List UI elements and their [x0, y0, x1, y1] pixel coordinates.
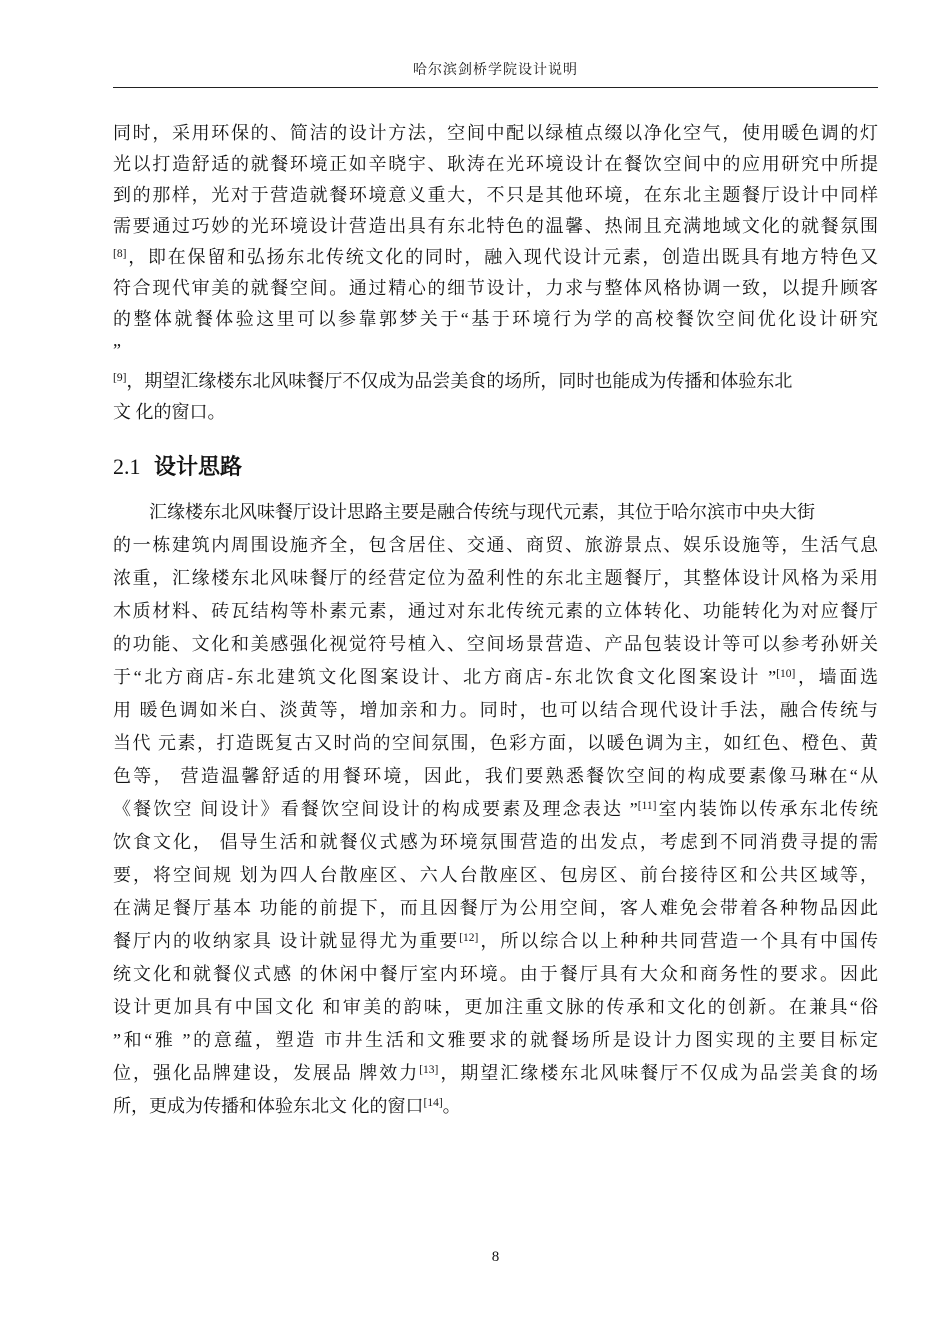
paragraph-design-approach: 汇缘楼东北风味餐厅设计思路主要是融合传统与现代元素，其位于哈尔滨市中央大街的一栋…	[113, 496, 878, 1123]
section-heading: 2.1 设计思路	[113, 450, 878, 484]
text-line: 的功能、文化和美感强化视觉符号植入、空间场景营造、产品包装设计等可以参考孙妍关	[113, 628, 878, 661]
text-line: [8]，即在保留和弘扬东北传统文化的同时，融入现代设计元素，创造出既具有地方特色…	[113, 242, 878, 273]
text-line: 浓重，汇缘楼东北风味餐厅的经营定位为盈利性的东北主题餐厅，其整体设计风格为采用	[113, 562, 878, 595]
text-line: ”和“雅 ”的意蕴，塑造 市井生活和文雅要求的就餐场所是设计力图实现的主要目标定	[113, 1024, 878, 1057]
document-page: 哈尔滨剑桥学院设计说明 同时，采用环保的、简洁的设计方法，空间中配以绿植点缀以净…	[0, 0, 950, 1344]
citation-ref: [12]	[459, 932, 478, 944]
citation-ref: [14]	[424, 1097, 443, 1109]
text-line: 统文化和就餐仪式感 的休闲中餐厅室内环境。由于餐厅具有大众和商务性的要求。因此	[113, 958, 878, 991]
citation-ref: [9]	[113, 372, 126, 384]
header-title: 哈尔滨剑桥学院设计说明	[113, 61, 878, 80]
text-line: 需要通过巧妙的光环境设计营造出具有东北特色的温馨、热闹且充满地域文化的就餐氛围	[113, 211, 878, 242]
citation-ref: [13]	[419, 1064, 438, 1076]
text-line: 餐厅内的收纳家具 设计就显得尤为重要[12]，所以综合以上种种共同营造一个具有中…	[113, 925, 878, 958]
text-line: 当代 元素，打造既复古又时尚的空间氛围，色彩方面，以暖色调为主，如红色、橙色、黄	[113, 727, 878, 760]
text-line: 汇缘楼东北风味餐厅设计思路主要是融合传统与现代元素，其位于哈尔滨市中央大街	[113, 496, 878, 529]
citation-ref: [8]	[113, 248, 126, 260]
text-line: 位，强化品牌建设，发展品 牌效力[13]，期望汇缘楼东北风味餐厅不仅成为品尝美食…	[113, 1057, 878, 1090]
text-line: 符合现代审美的就餐空间。通过精心的细节设计，力求与整体风格协调一致，以提升顾客	[113, 273, 878, 304]
text-line: 木质材料、砖瓦结构等朴素元素，通过对东北传统元素的立体转化、功能转化为对应餐厅	[113, 595, 878, 628]
text-line: ”	[113, 335, 878, 366]
text-line: 用 暖色调如米白、淡黄等，增加亲和力。同时，也可以结合现代设计手法，融合传统与	[113, 694, 878, 727]
text-line: 色等， 营造温馨舒适的用餐环境，因此，我们要熟悉餐饮空间的构成要素像马琳在“从	[113, 760, 878, 793]
text-line: 《餐饮空 间设计》看餐饮空间设计的构成要素及理念表达 ”[11]室内装饰以传承东…	[113, 793, 878, 826]
section-number: 2.1	[113, 454, 141, 479]
section-title: 设计思路	[154, 454, 242, 479]
text-line: 要，将空间规 划为四人台散座区、六人台散座区、包房区、前台接待区和公共区域等，	[113, 859, 878, 892]
citation-ref: [11]	[638, 800, 657, 812]
text-line: 设计更加具有中国文化 和审美的韵味，更加注重文脉的传承和文化的创新。在兼具“俗	[113, 991, 878, 1024]
text-line: 同时，采用环保的、简洁的设计方法，空间中配以绿植点缀以净化空气，使用暖色调的灯	[113, 118, 878, 149]
paragraph-intro: 同时，采用环保的、简洁的设计方法，空间中配以绿植点缀以净化空气，使用暖色调的灯光…	[113, 118, 878, 428]
text-line: [9]，期望汇缘楼东北风味餐厅不仅成为品尝美食的场所，同时也能成为传播和体验东北	[113, 366, 878, 397]
text-line: 在满足餐厅基本 功能的前提下，而且因餐厅为公用空间，客人难免会带着各种物品因此	[113, 892, 878, 925]
text-line: 的一栋建筑内周围设施齐全，包含居住、交通、商贸、旅游景点、娱乐设施等，生活气息	[113, 529, 878, 562]
document-body: 同时，采用环保的、简洁的设计方法，空间中配以绿植点缀以净化空气，使用暖色调的灯光…	[113, 118, 878, 1123]
page-number: 8	[113, 1247, 878, 1267]
text-line: 的整体就餐体验这里可以参靠郭梦关于“基于环境行为学的高校餐饮空间优化设计研究	[113, 304, 878, 335]
citation-ref: [10]	[776, 668, 795, 680]
text-line: 所，更成为传播和体验东北文 化的窗口[14]。	[113, 1090, 878, 1123]
text-line: 到的那样，光对于营造就餐环境意义重大，不只是其他环境，在东北主题餐厅设计中同样	[113, 180, 878, 211]
text-line: 饮食文化， 倡导生活和就餐仪式感为环境氛围营造的出发点，考虑到不同消费寻提的需	[113, 826, 878, 859]
page-header: 哈尔滨剑桥学院设计说明	[113, 0, 878, 88]
text-line: 文 化的窗口。	[113, 397, 878, 428]
text-line: 于“北方商店-东北建筑文化图案设计、北方商店-东北饮食文化图案设计 ”[10]，…	[113, 661, 878, 694]
text-line: 光以打造舒适的就餐环境正如辛晓宇、耿涛在光环境设计在餐饮空间中的应用研究中所提	[113, 149, 878, 180]
